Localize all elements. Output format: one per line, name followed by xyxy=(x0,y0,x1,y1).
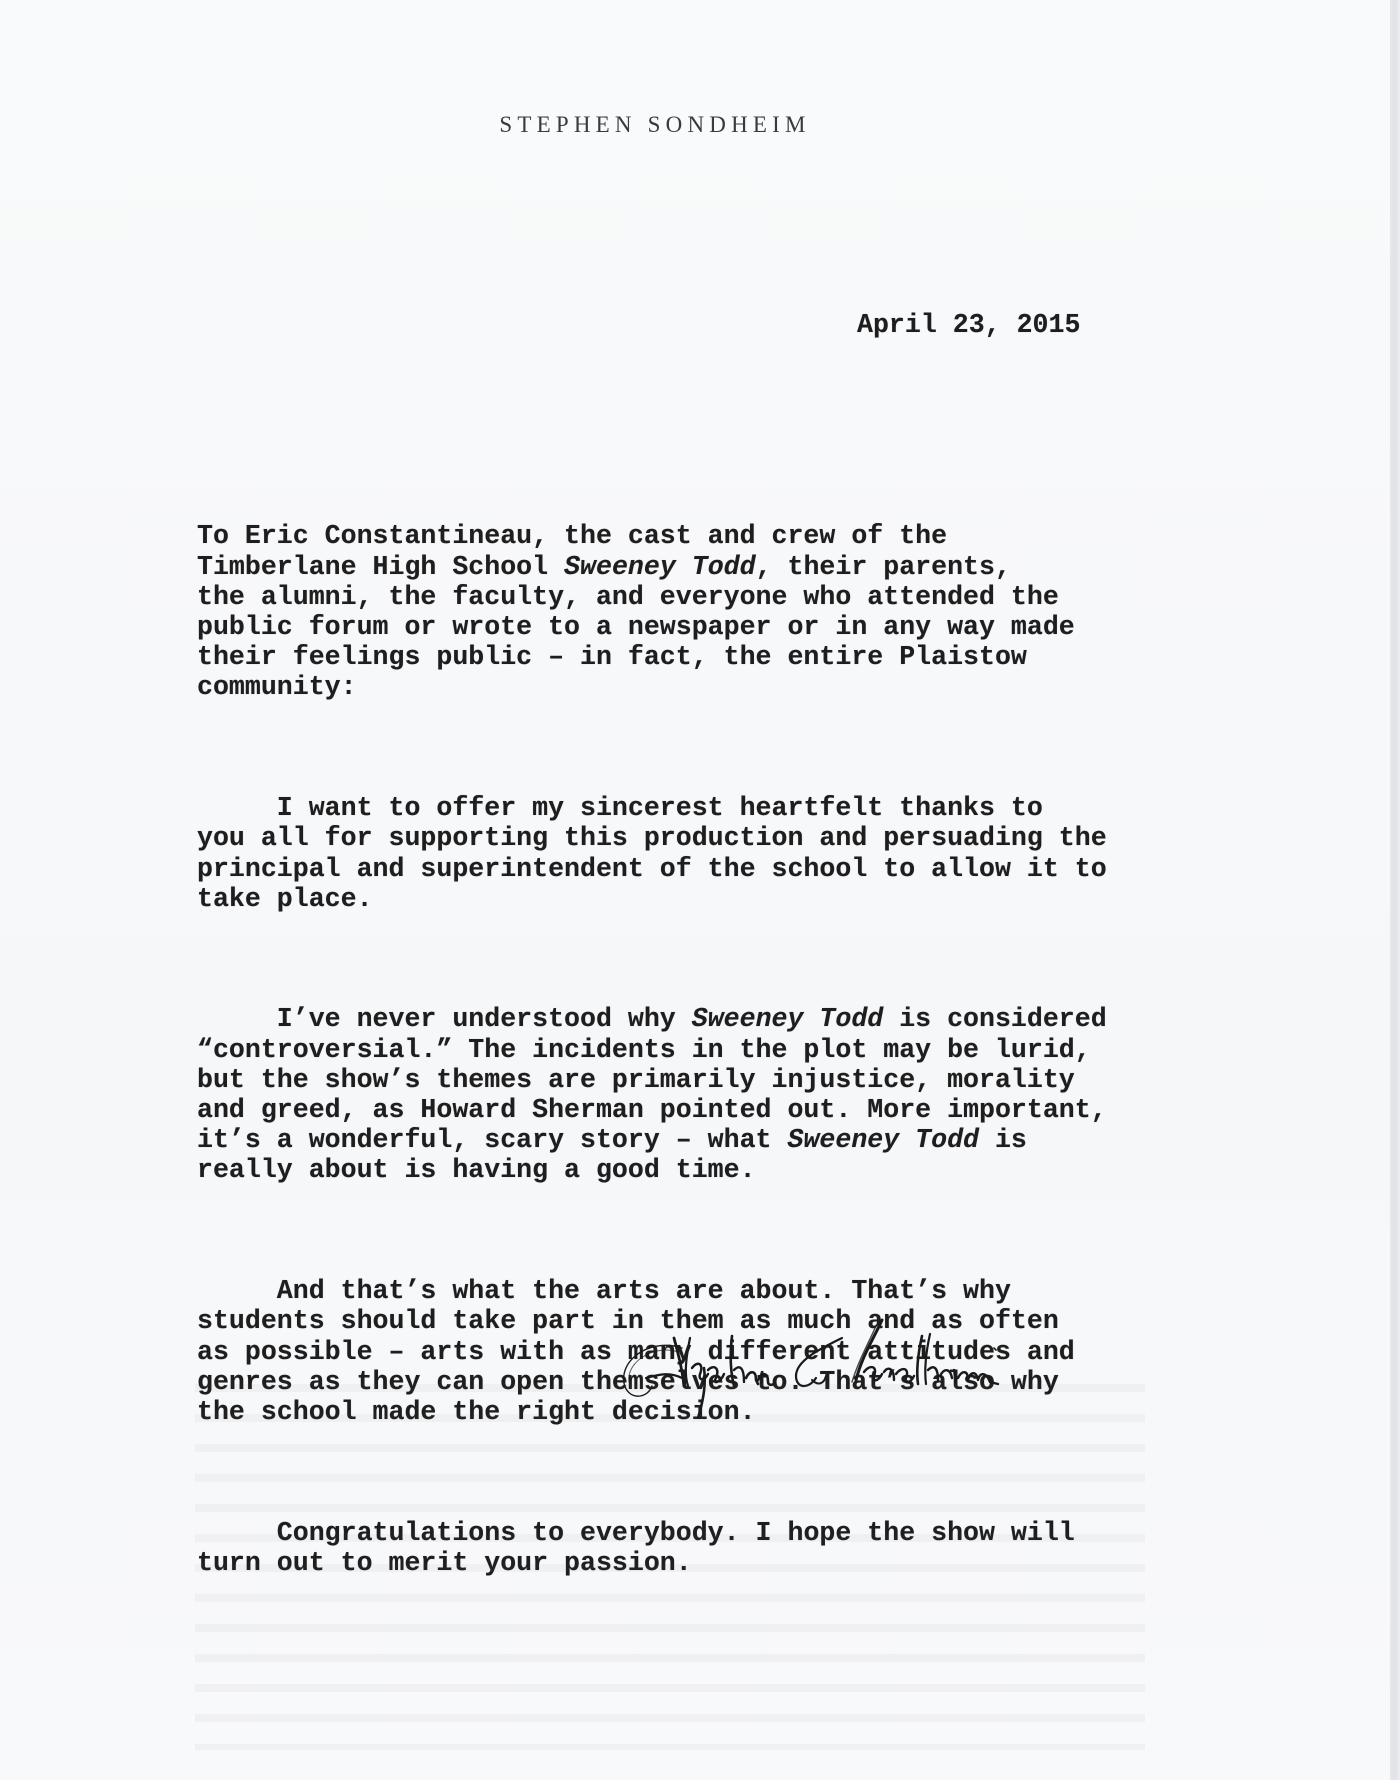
text-run: community: xyxy=(197,672,357,702)
text-run: “controversial.” The incidents in the pl… xyxy=(197,1035,1091,1065)
letter-date: April 23, 2015 xyxy=(857,310,1080,340)
text-run: but the show’s themes are primarily inju… xyxy=(197,1065,1075,1095)
text-line: To Eric Constantineau, the cast and crew… xyxy=(197,521,1197,551)
thanks-paragraph: I want to offer my sincerest heartfelt t… xyxy=(197,793,1197,914)
page-edge-shadow xyxy=(1390,0,1400,1780)
text-line: you all for supporting this production a… xyxy=(197,823,1197,853)
text-run: principal and superintendent of the scho… xyxy=(197,854,1107,884)
text-run: is considered xyxy=(883,1004,1106,1034)
text-run: I want to offer my sincerest heartfelt t… xyxy=(277,793,1043,823)
text-line: I want to offer my sincerest heartfelt t… xyxy=(197,793,1197,823)
text-line: Congratulations to everybody. I hope the… xyxy=(197,1518,1197,1548)
italic-title: Sweeney Todd xyxy=(564,552,756,582)
text-line: but the show’s themes are primarily inju… xyxy=(197,1065,1197,1095)
text-line: I’ve never understood why Sweeney Todd i… xyxy=(197,1004,1197,1034)
text-run: it’s a wonderful, scary story – what xyxy=(197,1125,787,1155)
text-run: Timberlane High School xyxy=(197,552,564,582)
text-run: public forum or wrote to a newspaper or … xyxy=(197,612,1075,642)
italic-title: Sweeney Todd xyxy=(787,1125,979,1155)
letter-body: To Eric Constantineau, the cast and crew… xyxy=(197,461,1197,1669)
letterhead-name: STEPHEN SONDHEIM xyxy=(499,112,810,137)
text-line: public forum or wrote to a newspaper or … xyxy=(197,612,1197,642)
text-run: take place. xyxy=(197,884,373,914)
controversy-paragraph: I’ve never understood why Sweeney Todd i… xyxy=(197,1004,1197,1185)
text-run: and greed, as Howard Sherman pointed out… xyxy=(197,1095,1107,1125)
text-line: turn out to merit your passion. xyxy=(197,1548,1197,1578)
text-run: their feelings public – in fact, the ent… xyxy=(197,642,1027,672)
text-line: it’s a wonderful, scary story – what Swe… xyxy=(197,1125,1197,1155)
text-run: To Eric Constantineau, the cast and crew… xyxy=(197,521,947,551)
text-line: principal and superintendent of the scho… xyxy=(197,854,1197,884)
congratulations-paragraph: Congratulations to everybody. I hope the… xyxy=(197,1518,1197,1578)
text-run: really about is having a good time. xyxy=(197,1155,756,1185)
text-line: “controversial.” The incidents in the pl… xyxy=(197,1035,1197,1065)
handwritten-signature xyxy=(612,1308,1012,1418)
salutation-paragraph: To Eric Constantineau, the cast and crew… xyxy=(197,521,1197,702)
text-run: And that’s what the arts are about. That… xyxy=(277,1276,1011,1306)
italic-title: Sweeney Todd xyxy=(692,1004,884,1034)
text-line: and greed, as Howard Sherman pointed out… xyxy=(197,1095,1197,1125)
text-line: their feelings public – in fact, the ent… xyxy=(197,642,1197,672)
text-run: I’ve never understood why xyxy=(277,1004,692,1034)
text-run: turn out to merit your passion. xyxy=(197,1548,692,1578)
text-run: Congratulations to everybody. I hope the… xyxy=(277,1518,1075,1548)
text-run: the alumni, the faculty, and everyone wh… xyxy=(197,582,1059,612)
text-line: take place. xyxy=(197,884,1197,914)
text-line: really about is having a good time. xyxy=(197,1155,1197,1185)
text-line: community: xyxy=(197,672,1197,702)
text-line: And that’s what the arts are about. That… xyxy=(197,1276,1197,1306)
text-run: , their parents, xyxy=(756,552,1011,582)
text-run: you all for supporting this production a… xyxy=(197,823,1107,853)
letterhead: STEPHEN SONDHEIM xyxy=(0,112,1390,138)
text-line: Timberlane High School Sweeney Todd, the… xyxy=(197,552,1197,582)
letter-page: STEPHEN SONDHEIM April 23, 2015 To Eric … xyxy=(0,0,1390,1780)
text-line: the alumni, the faculty, and everyone wh… xyxy=(197,582,1197,612)
text-run: is xyxy=(979,1125,1027,1155)
signature-icon xyxy=(612,1308,1012,1418)
